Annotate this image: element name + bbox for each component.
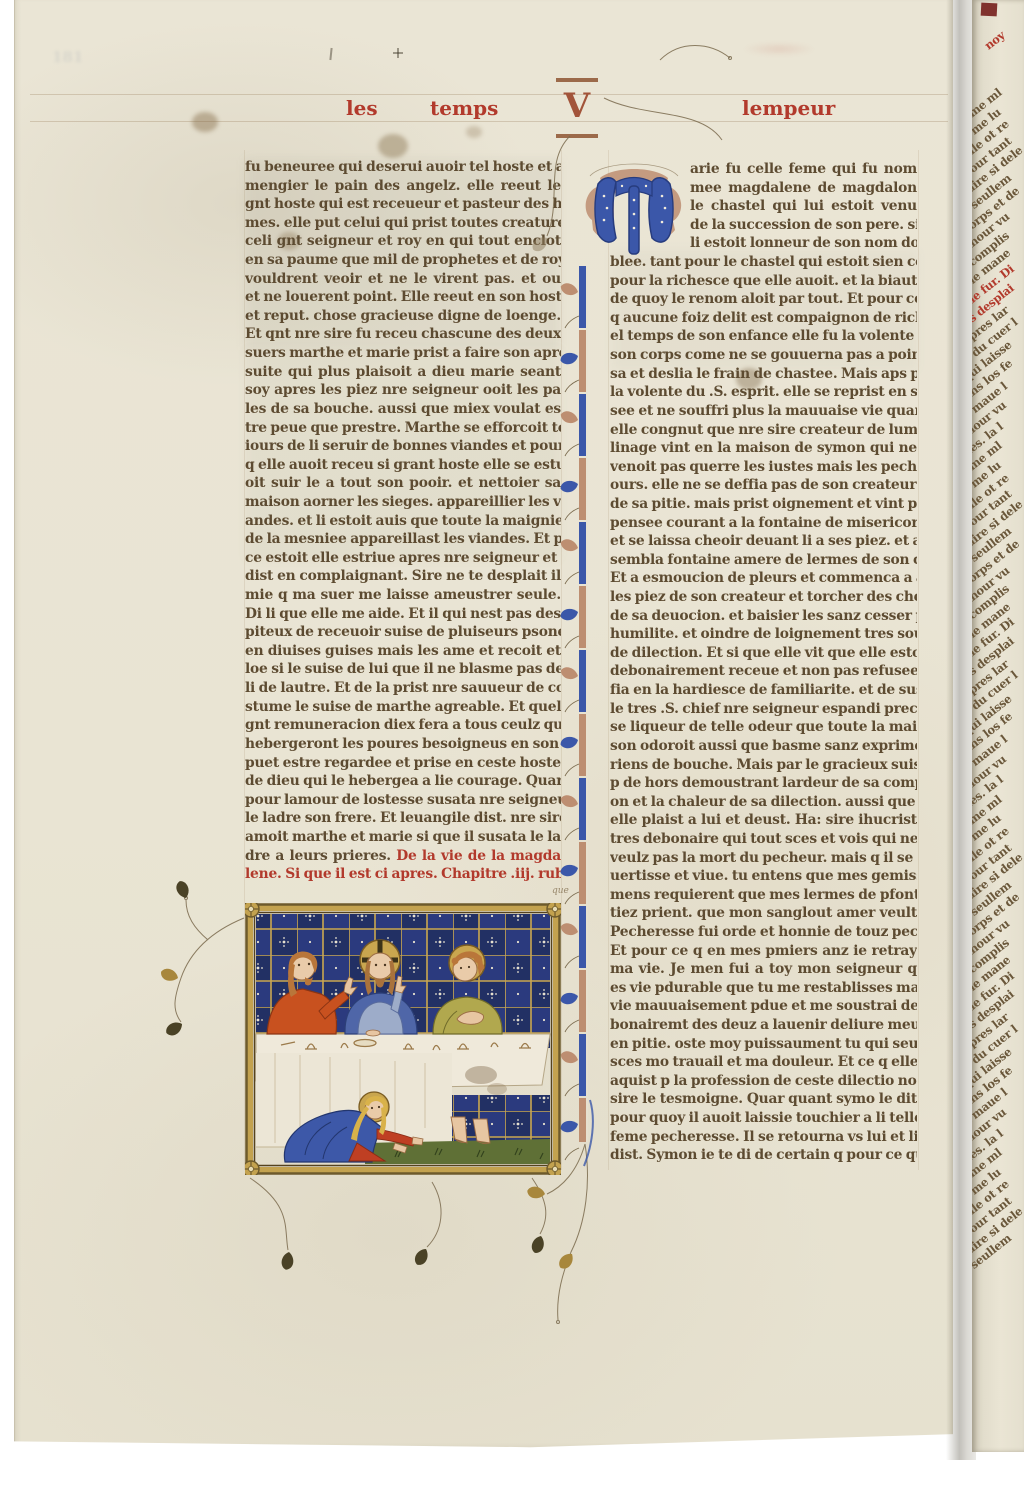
bar-segment xyxy=(579,522,586,584)
stain xyxy=(466,126,482,138)
bar-ivy-leaf xyxy=(559,666,579,681)
bar-segment xyxy=(579,1098,586,1142)
text-line: tres debonaire qui tout sces et vois qui… xyxy=(610,830,917,849)
text-line: et se laissa cheoir deuant li a ses piez… xyxy=(610,532,917,551)
bar-segment xyxy=(579,458,586,520)
text-line: mes. elle put celui qui prist toutes cre… xyxy=(245,214,561,233)
text-line: loe si le suise de lui que il ne blasme … xyxy=(245,660,561,679)
bar-ivy-leaf xyxy=(559,282,579,297)
text-line: Et qnt nre sire fu receu chascune des de… xyxy=(245,325,561,344)
miniature-interior xyxy=(256,914,550,1164)
text-line: amoit marthe et marie si que il susata l… xyxy=(245,828,561,847)
bar-stem xyxy=(565,572,579,584)
bar-segment xyxy=(579,778,586,840)
next-folio-edge: noy ame mls me luelle ot repour tantfair… xyxy=(972,0,1024,1452)
text-line: dre a leurs prieres. De la vie de la mag… xyxy=(245,846,561,865)
text-line: gnt hoste qui est receueur et pasteur de… xyxy=(245,195,561,214)
text-line: ours. elle ne se deffia pas de son creat… xyxy=(610,476,917,495)
text-line: se liqueur de telle odeur que toute la m… xyxy=(610,718,917,737)
bar-stem xyxy=(565,1148,579,1160)
text-line: mie q ma suer me laisse ameustrer seule. xyxy=(245,586,561,605)
text-line: sces mo trauail et ma douleur. Et ce q e… xyxy=(610,1053,917,1072)
text-line: ma vie. Je men fui a toy mon seigneur q xyxy=(610,960,917,979)
text-line: de la mesniee appareillast les viandes. … xyxy=(245,530,561,549)
text-line: el temps de son enfance elle fu la volen… xyxy=(610,327,917,346)
stain xyxy=(192,112,218,132)
bar-stem xyxy=(565,700,579,712)
bar-stem xyxy=(565,316,579,328)
ruling-line xyxy=(30,94,948,95)
bar-segment xyxy=(579,1034,586,1096)
text-line: puet estre regardee et prise en ceste ho… xyxy=(245,753,561,772)
illuminated-initial-M xyxy=(584,156,684,262)
left-text-column: fu beneuree qui deserui auoir tel hoste … xyxy=(245,158,561,884)
text-line: son odoroit aussi que basme sanz exprime… xyxy=(610,737,917,756)
text-line: tre peue que prestre. Marthe se efforcoi… xyxy=(245,418,561,437)
text-line: li de lautre. Et de la prist nre sauueur… xyxy=(245,679,561,698)
bar-stem xyxy=(565,444,579,456)
text-line: uertisse et viue. tu entens que mes gemi… xyxy=(610,867,917,886)
ruling-line xyxy=(918,150,919,1170)
text-line: suers marthe et marie prist a faire son … xyxy=(245,344,561,363)
text-line: see et ne souffri plus la mauuaise vie q… xyxy=(610,402,917,421)
bar-stem xyxy=(565,828,579,840)
text-line: la volente du .S. esprit. elle se repris… xyxy=(610,383,917,402)
text-line: en sa paume que mil de prophetes et de r… xyxy=(245,251,561,270)
text-line: Et pour ce q en mes pmiers anz ie retray xyxy=(610,941,917,960)
grass-ground xyxy=(365,1139,550,1164)
text-line: elle plaist a lui et deust. Ha: sire ihu… xyxy=(610,811,917,830)
text-line: linage vint en la maison de symon qui ne xyxy=(610,439,917,458)
faint-folio-number: 181 xyxy=(52,48,83,66)
bar-stem xyxy=(565,1020,579,1032)
text-line: feme pecheresse. Il se retourna vs lui e… xyxy=(610,1127,917,1146)
text-line: le ladre son frere. Et leuangile dist. n… xyxy=(245,809,561,828)
text-line: sire le tesmoigne. Quar quant symo le di… xyxy=(610,1090,917,1109)
marginal-note: que xyxy=(552,886,569,896)
text-line: andes. et li estoit auis que toute la ma… xyxy=(245,511,561,530)
miniature-christ-at-table xyxy=(245,903,561,1175)
text-line: p de hors demoustrant lardeur de sa comp… xyxy=(610,774,917,793)
bar-segment xyxy=(579,650,586,712)
bar-ivy-leaf xyxy=(559,606,580,622)
text-line: dist. Symon ie te di de certain q pour c… xyxy=(610,1146,917,1165)
bar-stem xyxy=(565,956,579,968)
text-line: les de sa bouche. aussi que miex voulat … xyxy=(245,400,561,419)
running-title-left-word1: les xyxy=(346,96,378,120)
bar-segment xyxy=(579,330,586,392)
ruling-line xyxy=(608,150,609,1170)
bar-stem xyxy=(565,1084,579,1096)
bar-segment xyxy=(579,266,586,328)
text-line: on et la chaleur de sa dilection. aussi … xyxy=(610,792,917,811)
text-line: fia en la hardiesce de familiarite. et d… xyxy=(610,681,917,700)
text-line: mens requierent que mes lermes de pfont … xyxy=(610,885,917,904)
text-line: celi gnt seigneur et roy en qui tout enc… xyxy=(245,232,561,251)
text-line: debonairement receue et non pas refusee … xyxy=(610,662,917,681)
bar-ivy-leaf xyxy=(559,922,579,937)
text-line: veulz pas la mort du pecheur. mais q il … xyxy=(610,848,917,867)
bar-segment xyxy=(579,970,586,1032)
text-line: pensee courant a la fontaine de miserico… xyxy=(610,513,917,532)
bar-ivy-leaf xyxy=(559,734,580,750)
bar-ivy-leaf xyxy=(559,1118,580,1134)
text-line: sembla fontaine amere de lermes de son c… xyxy=(610,551,917,570)
bar-segment xyxy=(579,906,586,968)
bar-stem xyxy=(565,508,579,520)
offset-ink-ghost xyxy=(742,42,816,56)
text-line: son corps come ne se gouuerna pas a poin… xyxy=(610,346,917,365)
text-line: de quoy le renom aloit par tout. Et pour… xyxy=(610,290,917,309)
text-line: sa et deslia le frain de chastee. Mais a… xyxy=(610,364,917,383)
text-line: pour lamour de lostesse susata nre seign… xyxy=(245,790,561,809)
text-line: q aucune foiz delit est compaignon de ri… xyxy=(610,309,917,328)
text-line: bonairemt des deuz a lauenir deliure meu xyxy=(610,1016,917,1035)
text-line: mengier le pain des angelz. elle reeut l… xyxy=(245,176,561,195)
bar-ivy-leaf xyxy=(559,350,580,366)
text-line: de dilection. Et si que elle vit que ell… xyxy=(610,644,917,663)
bar-ivy-leaf xyxy=(559,478,580,494)
text-line: oit suir le a tout son pooir. et nettoie… xyxy=(245,474,561,493)
bar-ivy-leaf xyxy=(559,1050,579,1065)
text-line: piteux de receuoir suise de pluiseurs ps… xyxy=(245,623,561,642)
bar-segment xyxy=(579,586,586,648)
text-line: et reput. chose gracieuse digne de loeng… xyxy=(245,307,561,326)
text-line: fu beneuree qui deserui auoir tel hoste … xyxy=(245,158,561,177)
text-line: Et a esmoucion de pleurs et commenca a a… xyxy=(610,569,917,588)
chapter-numeral: V xyxy=(556,78,598,138)
text-line: suite qui plus plaisoit a dieu marie sea… xyxy=(245,362,561,381)
text-line: maison aorner les sieges. appareillier l… xyxy=(245,493,561,512)
text-line: elle congnut que nre sire createur de lu… xyxy=(610,420,917,439)
bar-ivy-leaf xyxy=(559,794,579,809)
text-line: hebergeront les poures besoigneus en son… xyxy=(245,735,561,754)
text-line: pour la richesce que elle auoit. et la b… xyxy=(610,271,917,290)
text-line: soy apres les piez nre seigneur ooit les… xyxy=(245,381,561,400)
text-line: vie mauuaisement pdue et me soustrai de xyxy=(610,997,917,1016)
text-line: aquist p la profession de ceste dilectio… xyxy=(610,1072,917,1091)
text-line: de dieu qui le hebergea a lie courage. Q… xyxy=(245,772,561,791)
text-line: pour quoy il auoit laissie touchier a li… xyxy=(610,1109,917,1128)
text-line: Di li que elle me aide. Et il qui nest p… xyxy=(245,604,561,623)
text-line: et ne louerent point. Elle reeut en son … xyxy=(245,288,561,307)
text-line: iours de li seruir de bonnes viandes et … xyxy=(245,437,561,456)
stain xyxy=(378,134,408,158)
text-line: en diuises guises mais les ame et recoit… xyxy=(245,642,561,661)
bar-ivy-leaf xyxy=(559,538,579,553)
bar-ivy-leaf xyxy=(559,862,580,878)
bar-stem xyxy=(565,380,579,392)
pen-trial-mark xyxy=(397,48,399,58)
text-line: venoit pas querre les iustes mais les pe… xyxy=(610,457,917,476)
text-line: ce estoit elle estriue apres nre seigneu… xyxy=(245,549,561,568)
bar-stem xyxy=(565,636,579,648)
text-line: Pecheresse fui orde et honnie de touz pe… xyxy=(610,923,917,942)
bar-segment xyxy=(579,394,586,456)
ruling-line xyxy=(30,121,948,122)
text-line: en pitie. oste moy puissaument tu qui se… xyxy=(610,1034,917,1053)
text-line: de sa pitie. mais prist oignement et vin… xyxy=(610,495,917,514)
text-line: de sa deuocion. et baisier les sanz cess… xyxy=(610,606,917,625)
red-corner-mark xyxy=(981,3,998,17)
bar-stem xyxy=(565,764,579,776)
bar-ivy-leaf xyxy=(559,990,580,1006)
bar-ivy-leaf xyxy=(559,410,579,425)
text-line: humilite. et oindre de loignement tres s… xyxy=(610,625,917,644)
text-line: gnt remuneracion diex fera a tous ceulz … xyxy=(245,716,561,735)
text-line: vouldrent veoir et ne le virent pas. et … xyxy=(245,269,561,288)
running-title-right: lempeur xyxy=(742,96,835,120)
text-line: es vie pdurable que tu me restablisses m… xyxy=(610,979,917,998)
right-text-column: arie fu celle feme qui fu nommee magdale… xyxy=(610,160,917,1165)
bar-segment xyxy=(579,714,586,776)
text-line: les piez de son createur et torcher des … xyxy=(610,588,917,607)
text-line: riens de bouche. Mais par le gracieux su… xyxy=(610,755,917,774)
rubric-text: lene. Si que il est ci apres. Chapitre .… xyxy=(245,865,561,884)
text-line: le tres .S. chief nre seigneur espandi p… xyxy=(610,699,917,718)
running-title-left-word2: temps xyxy=(430,96,498,120)
manuscript-scan: les temps V lempeur 181 fu beneuree qui … xyxy=(0,0,1024,1485)
bar-segment xyxy=(579,842,586,904)
rubric-text: De la vie de la magda xyxy=(391,847,561,863)
text-line: tiez prient. que mon sanglout amer veult xyxy=(610,904,917,923)
text-line: dist en complaignant. Sire ne te desplai… xyxy=(245,567,561,586)
text-line: q elle auoit receu si grant hoste elle s… xyxy=(245,455,561,474)
text-line: stume le suise de marthe agreable. Et qu… xyxy=(245,697,561,716)
